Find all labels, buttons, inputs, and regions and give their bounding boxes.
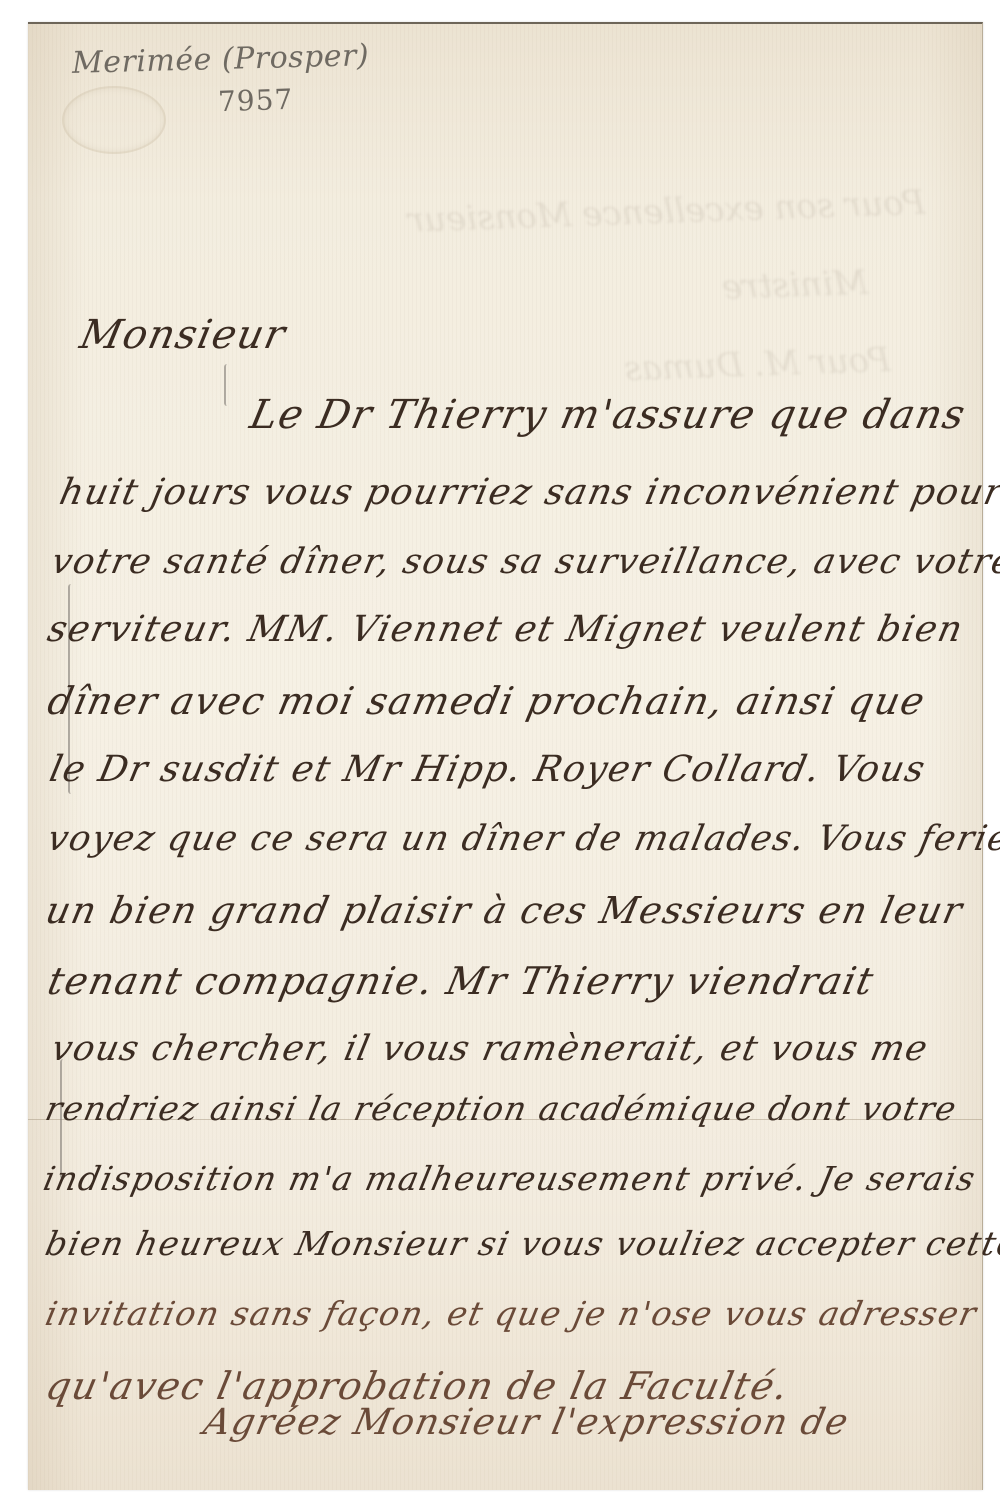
letter-line: invitation sans façon, et que je n'ose v…: [42, 1294, 981, 1333]
letter-line: indisposition m'a malheureusement privé.…: [40, 1159, 980, 1198]
letter-line: tenant compagnie. Mr Thierry viendrait: [44, 959, 878, 1003]
letter-line: rendriez ainsi la réception académique d…: [42, 1089, 961, 1128]
letter-line: dîner avec moi samedi prochain, ainsi qu…: [44, 679, 930, 723]
letter-line: serviteur. MM. Viennet et Mignet veulent…: [44, 609, 967, 650]
letter-closing: Agréez Monsieur l'expression de: [200, 1402, 853, 1443]
letter-line: Le Dr Thierry m'assure que dans: [246, 392, 970, 438]
letter-line: huit jours vous pourriez sans inconvénie…: [56, 472, 1000, 513]
letter-line: voyez que ce sera un dîner de malades. V…: [44, 819, 1000, 859]
letter-body: Monsieur Le Dr Thierry m'assure que dans…: [28, 24, 982, 1490]
letter-salutation: Monsieur: [76, 312, 290, 358]
letter-line: le Dr susdit et Mr Hipp. Royer Collard. …: [46, 749, 930, 790]
letter-line: vous chercher, il vous ramènerait, et vo…: [48, 1029, 932, 1069]
letter-line: bien heureux Monsieur si vous vouliez ac…: [42, 1224, 1000, 1263]
letter-sheet: Pour son excellence Monsieur Ministre Po…: [28, 22, 983, 1490]
letter-line: votre santé dîner, sous sa surveillance,…: [48, 542, 1000, 582]
letter-line: un bien grand plaisir à ces Messieurs en…: [42, 889, 967, 932]
